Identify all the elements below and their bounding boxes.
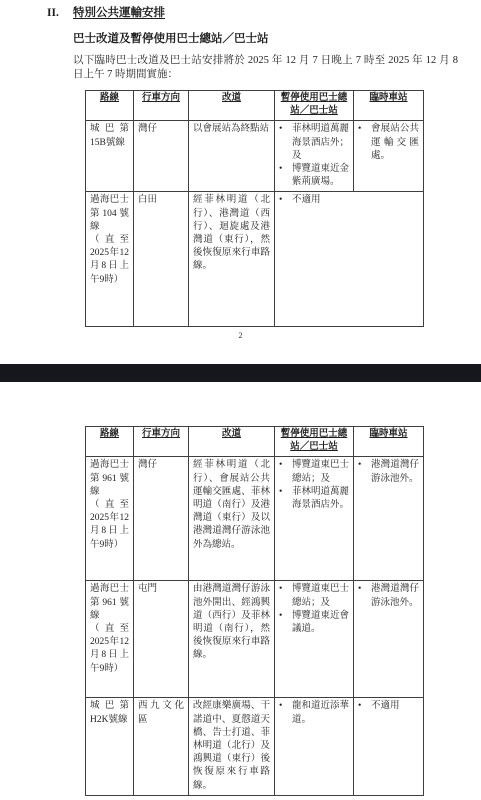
subsection-title: 巴士改道及暫停使用巴士總站／巴士站 — [73, 32, 269, 46]
bullet-icon: • — [279, 123, 292, 163]
header-temporary-stops: 臨時車站 — [354, 91, 424, 121]
table-header-row: 路線 行車方向 改道 暫停使用巴士總站／巴士站 臨時車站 — [86, 427, 424, 457]
header-direction: 行車方向 — [134, 91, 189, 121]
route-cell: 過海巴士第961號線 （直至2025年12月8日上午9時） — [86, 457, 134, 581]
table-row: 過海巴士第104號線 （直至2025年12月8日上午9時） 白田 經菲林明道（北… — [86, 192, 424, 327]
header-route: 路線 — [86, 427, 134, 457]
route-cell: 過海巴士第104號線 （直至2025年12月8日上午9時） — [86, 192, 134, 327]
section-number: II. — [47, 6, 73, 20]
header-suspended-stops: 暫停使用巴士總站／巴士站 — [275, 91, 354, 121]
list-item: •菲林明道萬麗海景酒店外；及 — [279, 123, 349, 163]
bullet-icon: • — [279, 583, 292, 609]
list-item: •會展站公共運輸交匯處。 — [358, 123, 419, 163]
intro-paragraph: 以下臨時巴士改道及巴士站安排將於 2025 年 12 月 7 日晚上 7 時至 … — [73, 54, 458, 81]
suspended-stops-cell: •不適用 — [275, 192, 424, 327]
route-cell: 城巴第H2K號線 — [86, 698, 134, 795]
table-row: 城巴第H2K號線 西九文化區 改經康樂廣場、干諾道中、夏慤道天橋、告士打道、菲林… — [86, 698, 424, 795]
header-direction: 行車方向 — [134, 427, 189, 457]
bus-arrangements-table-page3: 路線 行車方向 改道 暫停使用巴士總站／巴士站 臨時車站 過海巴士第961號線 … — [85, 426, 424, 796]
page-number: 2 — [0, 331, 481, 340]
diversion-cell: 改經康樂廣場、干諾道中、夏慤道天橋、告士打道、菲林明道（北行）及鴻興道（東行）後… — [189, 698, 275, 795]
temporary-stops-cell: •會展站公共運輸交匯處。 — [354, 121, 424, 192]
page-separator-bar — [0, 364, 481, 382]
bullet-icon: • — [279, 459, 292, 485]
bullet-icon: • — [279, 163, 292, 189]
table-row: 過海巴士第961號線 （直至2025年12月8日上午9時） 屯門 由港灣道灣仔游… — [86, 581, 424, 698]
header-diversion: 改道 — [189, 91, 275, 121]
direction-cell: 白田 — [134, 192, 189, 327]
bullet-icon: • — [279, 486, 292, 512]
list-item: •博覽道東巴士總站；及 — [279, 583, 349, 609]
list-item: •博覽道東近會議道。 — [279, 610, 349, 636]
suspended-stops-cell: •菲林明道萬麗海景酒店外；及 •博覽道東近金紫荊廣場。 — [275, 121, 354, 192]
header-route: 路線 — [86, 91, 134, 121]
header-suspended-stops: 暫停使用巴士總站／巴士站 — [275, 427, 354, 457]
list-item: •博覽道東巴士總站；及 — [279, 459, 349, 485]
section-heading: II. 特別公共運輸安排 — [47, 6, 165, 20]
section-title: 特別公共運輸安排 — [73, 6, 165, 20]
temporary-stops-cell: •不適用 — [354, 698, 424, 795]
direction-cell: 西九文化區 — [134, 698, 189, 795]
route-cell: 過海巴士第961號線 （直至2025年12月8日上午9時） — [86, 581, 134, 698]
bullet-icon: • — [279, 700, 292, 726]
diversion-cell: 以會展站為終點站 — [189, 121, 275, 192]
header-diversion: 改道 — [189, 427, 275, 457]
suspended-stops-cell: •博覽道東巴士總站；及 •菲林明道萬麗海景酒店外。 — [275, 457, 354, 581]
bullet-icon: • — [279, 610, 292, 636]
table-row: 過海巴士第961號線 （直至2025年12月8日上午9時） 灣仔 經菲林明道（北… — [86, 457, 424, 581]
list-item: •港灣道灣仔游泳池外。 — [358, 583, 419, 609]
list-item: •港灣道灣仔游泳池外。 — [358, 459, 419, 485]
list-item: •博覽道東近金紫荊廣場。 — [279, 163, 349, 189]
list-item: •不適用 — [358, 700, 419, 713]
bullet-icon: • — [279, 194, 292, 207]
bullet-icon: • — [358, 583, 371, 609]
diversion-cell: 經菲林明道（北行）、港灣道（西行）、迴旋處及港灣道（東行），然後恢復原來行車路線… — [189, 192, 275, 327]
route-cell: 城巴第15B號線 — [86, 121, 134, 192]
bullet-icon: • — [358, 459, 371, 485]
bullet-icon: • — [358, 123, 371, 163]
table-header-row: 路線 行車方向 改道 暫停使用巴士總站／巴士站 臨時車站 — [86, 91, 424, 121]
suspended-stops-cell: •龍和道近添華道。 — [275, 698, 354, 795]
temporary-stops-cell: •港灣道灣仔游泳池外。 — [354, 581, 424, 698]
list-item: •龍和道近添華道。 — [279, 700, 349, 726]
suspended-stops-cell: •博覽道東巴士總站；及 •博覽道東近會議道。 — [275, 581, 354, 698]
bullet-icon: • — [358, 700, 371, 713]
diversion-cell: 由港灣道灣仔游泳池外開出、經鴻興道（西行）及菲林明道（南行），然後恢復原來行車路… — [189, 581, 275, 698]
direction-cell: 灣仔 — [134, 121, 189, 192]
list-item: •不適用 — [279, 194, 419, 207]
direction-cell: 屯門 — [134, 581, 189, 698]
list-item: •菲林明道萬麗海景酒店外。 — [279, 486, 349, 512]
diversion-cell: 經菲林明道（北行）、會展站公共運輸交匯處、菲林明道（南行）及港灣道（東行）及以港… — [189, 457, 275, 581]
table-row: 城巴第15B號線 灣仔 以會展站為終點站 •菲林明道萬麗海景酒店外；及 •博覽道… — [86, 121, 424, 192]
header-temporary-stops: 臨時車站 — [354, 427, 424, 457]
temporary-stops-cell: •港灣道灣仔游泳池外。 — [354, 457, 424, 581]
direction-cell: 灣仔 — [134, 457, 189, 581]
bus-arrangements-table-page2: 路線 行車方向 改道 暫停使用巴士總站／巴士站 臨時車站 城巴第15B號線 灣仔… — [85, 90, 424, 327]
